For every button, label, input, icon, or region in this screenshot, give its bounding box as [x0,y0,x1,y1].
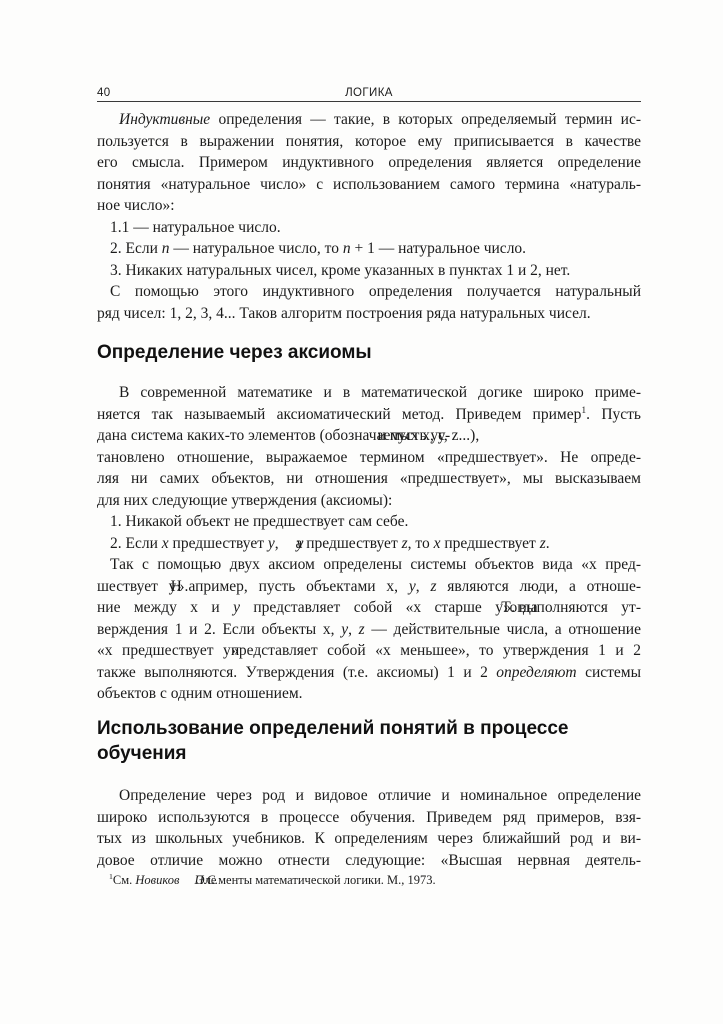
usage-paragraph: Определение через род и видовое отличие … [97,785,641,871]
text-line: тановлено отношение, выражаемое термином… [97,447,641,469]
text-line: Так с помощью двух аксиом определены сис… [97,554,641,576]
text-line: понятия «натуральное число» с использова… [97,174,641,196]
intro-paragraph: Индуктивные определения — такие, в котор… [97,109,641,324]
overprint-artifact: (обозначаемых х, у,и пусть ус- [320,425,448,447]
scanned-book-page: 40 ЛОГИКА Индуктивные определения — таки… [0,0,723,1024]
axioms-paragraph: В современной математике и в математичес… [97,382,641,705]
text-line: 2. Если х предшествует у, ау предшествуе… [97,533,641,555]
text-line: широко используются в процессе обучения.… [97,807,641,829]
text-line: также выполняются. Утверждения (т.е. акс… [97,662,641,684]
section-heading-axioms: Определение через аксиомы [97,340,641,365]
text-line: 1.1 — натуральное число. [97,217,641,239]
page-header: 40 ЛОГИКА [97,84,641,102]
text-line: его смысла. Примером индуктивного опреде… [97,152,641,174]
text-line: довое отличие можно отнести следующие: «… [97,850,641,872]
text-line: для них следующие утверждения (аксиомы): [97,490,641,512]
overprint-artifact: у». выполняТогда [495,597,575,619]
overprint-artifact: П.С.Эле [183,872,219,888]
text-line: ряд чисел: 1, 2, 3, 4... Таков алгоритм … [97,303,641,325]
text-line: ляя ни самих объектов, ни отношения «пре… [97,468,641,490]
text-line: Индуктивные определения — такие, в котор… [97,109,641,131]
text-line: дана система каких-то элементов (обознач… [97,425,641,447]
text-line: верждения 1 и 2. Если объекты х, у, z — … [97,619,641,641]
overprint-artifact: у».Н [169,576,189,598]
text-line: В современной математике и в математичес… [97,382,641,404]
text-line: шествует у».Например, пусть объектами х,… [97,576,641,598]
footnote: 1См. Новиков П.С.Элементы математической… [97,872,641,888]
text-line: 2. Если n — натуральное число, то n + 1 … [97,238,641,260]
section-heading-usage: Использование определений понятий в проц… [97,716,641,766]
running-title: ЛОГИКА [97,87,641,99]
text-line: 1. Никакой объект не предшествует сам се… [97,511,641,533]
overprint-artifact: ау [283,533,303,555]
overprint-artifact: у»п [223,640,239,662]
text-line: С помощью этого индуктивного определения… [97,281,641,303]
text-line: «х предшествует у»представляет собой «х … [97,640,641,662]
text-line: 3. Никаких натуральных чисел, кроме указ… [97,260,641,282]
text-line: пользуется в выражении понятия, которое … [97,131,641,153]
text-line: ное число»: [97,195,641,217]
text-line: няется так называемый аксиоматический ме… [97,404,641,426]
text-line: тых из школьных учебников. К определения… [97,828,641,850]
text-line: ние между х и у представляет собой «х ст… [97,597,641,619]
text-line: 1См. Новиков П.С.Элементы математической… [97,872,641,888]
text-line: Определение через род и видовое отличие … [97,785,641,807]
text-line: объектов с одним отношением. [97,683,641,705]
